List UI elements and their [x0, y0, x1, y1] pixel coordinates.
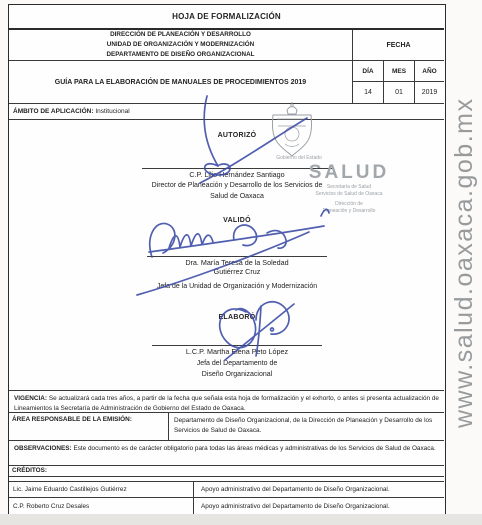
org-line-unidad: UNIDAD DE ORGANIZACIÓN Y MODERNIZACIÓN — [107, 40, 255, 50]
fecha-header-cell: FECHA — [353, 30, 444, 61]
ambito-label: ÁMBITO DE APLICACIÓN: — [13, 108, 94, 115]
elaboro-role: Jefa del Departamento de Diseño Organiza… — [9, 359, 465, 381]
credit-row-2-role: Apoyo administrativo del Departamento de… — [194, 498, 444, 514]
valido-name-line2: Gutiérrez Cruz — [9, 267, 465, 276]
ambito-value: Institucional — [95, 108, 129, 115]
seal-secretaria-text: Secretaría de Salud — [293, 184, 405, 190]
salud-stamp-text: SALUD — [291, 162, 407, 184]
seal-direccion-line1: Dirección de — [291, 201, 407, 208]
creditos-label: CRÉDITOS: — [9, 466, 444, 477]
credit-row-2-name: C.P. Roberto Cruz Desales — [9, 498, 194, 514]
vigencia-label: VIGENCIA: — [14, 395, 47, 402]
ano-value: 2019 — [415, 82, 444, 104]
elaboro-signature-line — [152, 345, 322, 346]
vigencia-text: Se actualizará cada tres años, a partir … — [14, 395, 439, 412]
dia-header: DÍA — [353, 61, 384, 82]
oaxaca-coat-of-arms-seal — [265, 102, 319, 160]
ambito-row: ÁMBITO DE APLICACIÓN: Institucional — [9, 104, 444, 120]
observaciones-label: OBSERVACIONES: — [14, 445, 72, 452]
credit-row-1-role: Apoyo administrativo del Departamento de… — [194, 482, 444, 498]
elaboro-label: ELABORÓ — [9, 314, 465, 321]
mes-value: 01 — [384, 82, 415, 104]
observaciones-text: Este documento es de carácter obligatori… — [73, 445, 435, 452]
document-title: HOJA DE FORMALIZACIÓN — [9, 5, 444, 30]
area-responsable-label: ÁREA RESPONSABLE DE LA EMISIÓN: — [9, 413, 169, 441]
valido-signature-line — [147, 256, 327, 257]
valido-role: Jefa de la Unidad de Organización y Mode… — [9, 282, 465, 293]
area-responsable-text: Departamento de Diseño Organizacional, d… — [169, 413, 444, 441]
elaboro-role-line2: Diseño Organizacional — [9, 370, 465, 381]
elaboro-role-line1: Jefa del Departamento de — [9, 359, 465, 370]
vigencia-row: VIGENCIA: Se actualizará cada tres años,… — [9, 391, 444, 413]
valido-label: VALIDÓ — [9, 217, 465, 224]
valido-name-line1: Dra. María Teresa de la Soledad — [9, 258, 465, 267]
signatures-section: Gobierno del Estado SALUD Secretaría de … — [9, 120, 444, 391]
mes-header: MES — [384, 61, 415, 82]
scan-bottom-edge — [0, 514, 482, 525]
elaboro-name: L.C.P. Martha Elena Peto López — [9, 347, 465, 356]
formalization-sheet-table: HOJA DE FORMALIZACIÓN DIRECCIÓN DE PLANE… — [8, 4, 446, 516]
seal-direccion-text: Dirección de Planeación y Desarrollo — [291, 201, 407, 215]
seal-servicios-text: Servicios de Salud de Oaxaca — [291, 191, 407, 197]
ano-header: AÑO — [415, 61, 444, 82]
org-line-direccion: DIRECCIÓN DE PLANEACIÓN Y DESARROLLO — [107, 30, 255, 40]
document-subject-title: GUÍA PARA LA ELABORACIÓN DE MANUALES DE … — [9, 61, 353, 104]
valido-name: Dra. María Teresa de la Soledad Gutiérre… — [9, 258, 465, 276]
dia-value: 14 — [353, 82, 384, 104]
observaciones-row: OBSERVACIONES: Este documento es de cará… — [9, 441, 444, 466]
seal-gov-text: Gobierno del Estado — [267, 155, 331, 161]
credit-row-1-name: Lic. Jaime Eduardo Castillejos Gutiérrez — [9, 482, 194, 498]
scanned-document-page: www.salud.oaxaca.gob.mx HOJA DE FORMALIZ… — [0, 0, 482, 525]
autorizo-label: AUTORIZÓ — [9, 132, 465, 139]
seal-direccion-line2: Planeación y Desarrollo — [291, 208, 407, 215]
org-line-departamento: DEPARTAMENTO DE DISEÑO ORGANIZACIONAL — [107, 50, 255, 60]
org-hierarchy-cell: DIRECCIÓN DE PLANEACIÓN Y DESARROLLO UNI… — [9, 30, 353, 61]
